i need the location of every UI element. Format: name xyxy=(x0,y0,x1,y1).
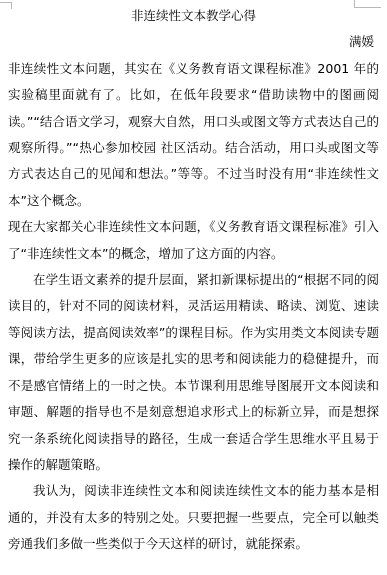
paragraph-conclusion: 我认为，阅读非连续性文本和阅读连续性文本的能力基本是相通的，并没有太多的特别之处… xyxy=(8,478,379,557)
paragraph-literacy-improvement: 在学生语文素养的提升层面，紧扣新课标提出的“根据不同的阅读目的，针对不同的阅读材… xyxy=(8,267,379,478)
document-title: 非连续性文本教学心得 xyxy=(8,3,379,29)
document-page: 非连续性文本教学心得 满媛 非连续性文本问题，其实在《义务教育语文课程标准》20… xyxy=(0,0,387,575)
author-name: 满媛 xyxy=(8,29,379,55)
document-content: 非连续性文本教学心得 满媛 非连续性文本问题，其实在《义务教育语文课程标准》20… xyxy=(8,3,379,558)
paragraph-new-standard-concept: 现在大家都关心非连续性文本问题，《义务教育语文课程标准》引入了“非连续性文本”的… xyxy=(8,214,379,267)
paragraph-intro-2001-standard: 非连续性文本问题，其实在《义务教育语文课程标准》2001 年的实验稿里面就有了。… xyxy=(8,56,379,214)
